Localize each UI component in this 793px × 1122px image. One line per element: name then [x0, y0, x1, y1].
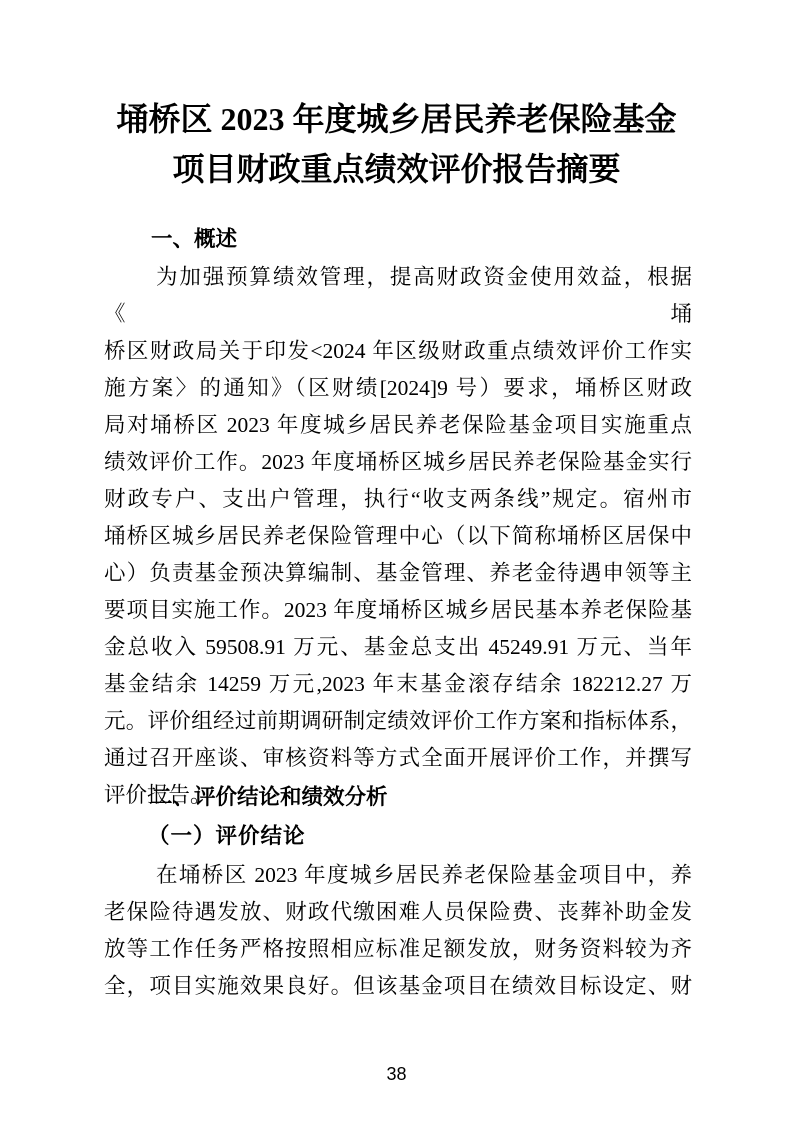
section-heading-conclusion: 二、评价结论和绩效分析 [104, 779, 739, 816]
paragraph-line: 通过召开座谈、审核资料等方式全面开展评价工作，并撰写 [104, 740, 692, 777]
paragraph-line: 施方案〉的通知》（区财绩[2024]9 号）要求，埇桥区财政 [104, 370, 692, 407]
paragraph-line: 金总收入 59508.91 万元、基金总支出 45249.91 万元、当年 [104, 629, 692, 666]
overview-paragraph: 为加强预算绩效管理，提高财政资金使用效益，根据《埇 桥区财政局关于印发<2024… [104, 259, 692, 814]
paragraph-line: 元。评价组经过前期调研制定绩效评价工作方案和指标体系， [104, 703, 692, 740]
paragraph-line: 全，项目实施效果良好。但该基金项目在绩效目标设定、财 [104, 968, 692, 1005]
document-title: 埇桥区 2023 年度城乡居民养老保险基金 项目财政重点绩效评价报告摘要 [0, 94, 793, 194]
section-heading-overview: 一、概述 [104, 221, 739, 258]
document-title-line-2: 项目财政重点绩效评价报告摘要 [0, 144, 793, 194]
subsection-heading-evaluation-conclusion: （一）评价结论 [104, 818, 736, 855]
document-page: 埇桥区 2023 年度城乡居民养老保险基金 项目财政重点绩效评价报告摘要 一、概… [0, 0, 793, 1122]
paragraph-line: 要项目实施工作。2023 年度埇桥区城乡居民基本养老保险基 [104, 592, 692, 629]
paragraph-line: 财政专户、支出户管理，执行“收支两条线”规定。宿州市 [104, 481, 692, 518]
document-title-line-1: 埇桥区 2023 年度城乡居民养老保险基金 [0, 94, 793, 144]
paragraph-line: 老保险待遇发放、财政代缴困难人员保险费、丧葬补助金发 [104, 894, 692, 931]
paragraph-line: 局对埇桥区 2023 年度城乡居民养老保险基金项目实施重点 [104, 407, 692, 444]
paragraph-line: 绩效评价工作。2023 年度埇桥区城乡居民养老保险基金实行 [104, 444, 692, 481]
page-number: 38 [0, 1064, 793, 1085]
paragraph-line: 在埇桥区 2023 年度城乡居民养老保险基金项目中，养 [104, 857, 692, 894]
paragraph-line: 基金结余 14259 万元,2023 年末基金滚存结余 182212.27 万 [104, 666, 692, 703]
paragraph-line: 放等工作任务严格按照相应标准足额发放，财务资料较为齐 [104, 931, 692, 968]
paragraph-line: 心）负责基金预决算编制、基金管理、养老金待遇申领等主 [104, 555, 692, 592]
conclusion-paragraph: 在埇桥区 2023 年度城乡居民养老保险基金项目中，养 老保险待遇发放、财政代缴… [104, 857, 692, 1005]
paragraph-line: 为加强预算绩效管理，提高财政资金使用效益，根据《埇 [104, 259, 692, 333]
paragraph-line: 埇桥区城乡居民养老保险管理中心（以下简称埇桥区居保中 [104, 518, 692, 555]
paragraph-line: 桥区财政局关于印发<2024 年区级财政重点绩效评价工作实 [104, 333, 692, 370]
